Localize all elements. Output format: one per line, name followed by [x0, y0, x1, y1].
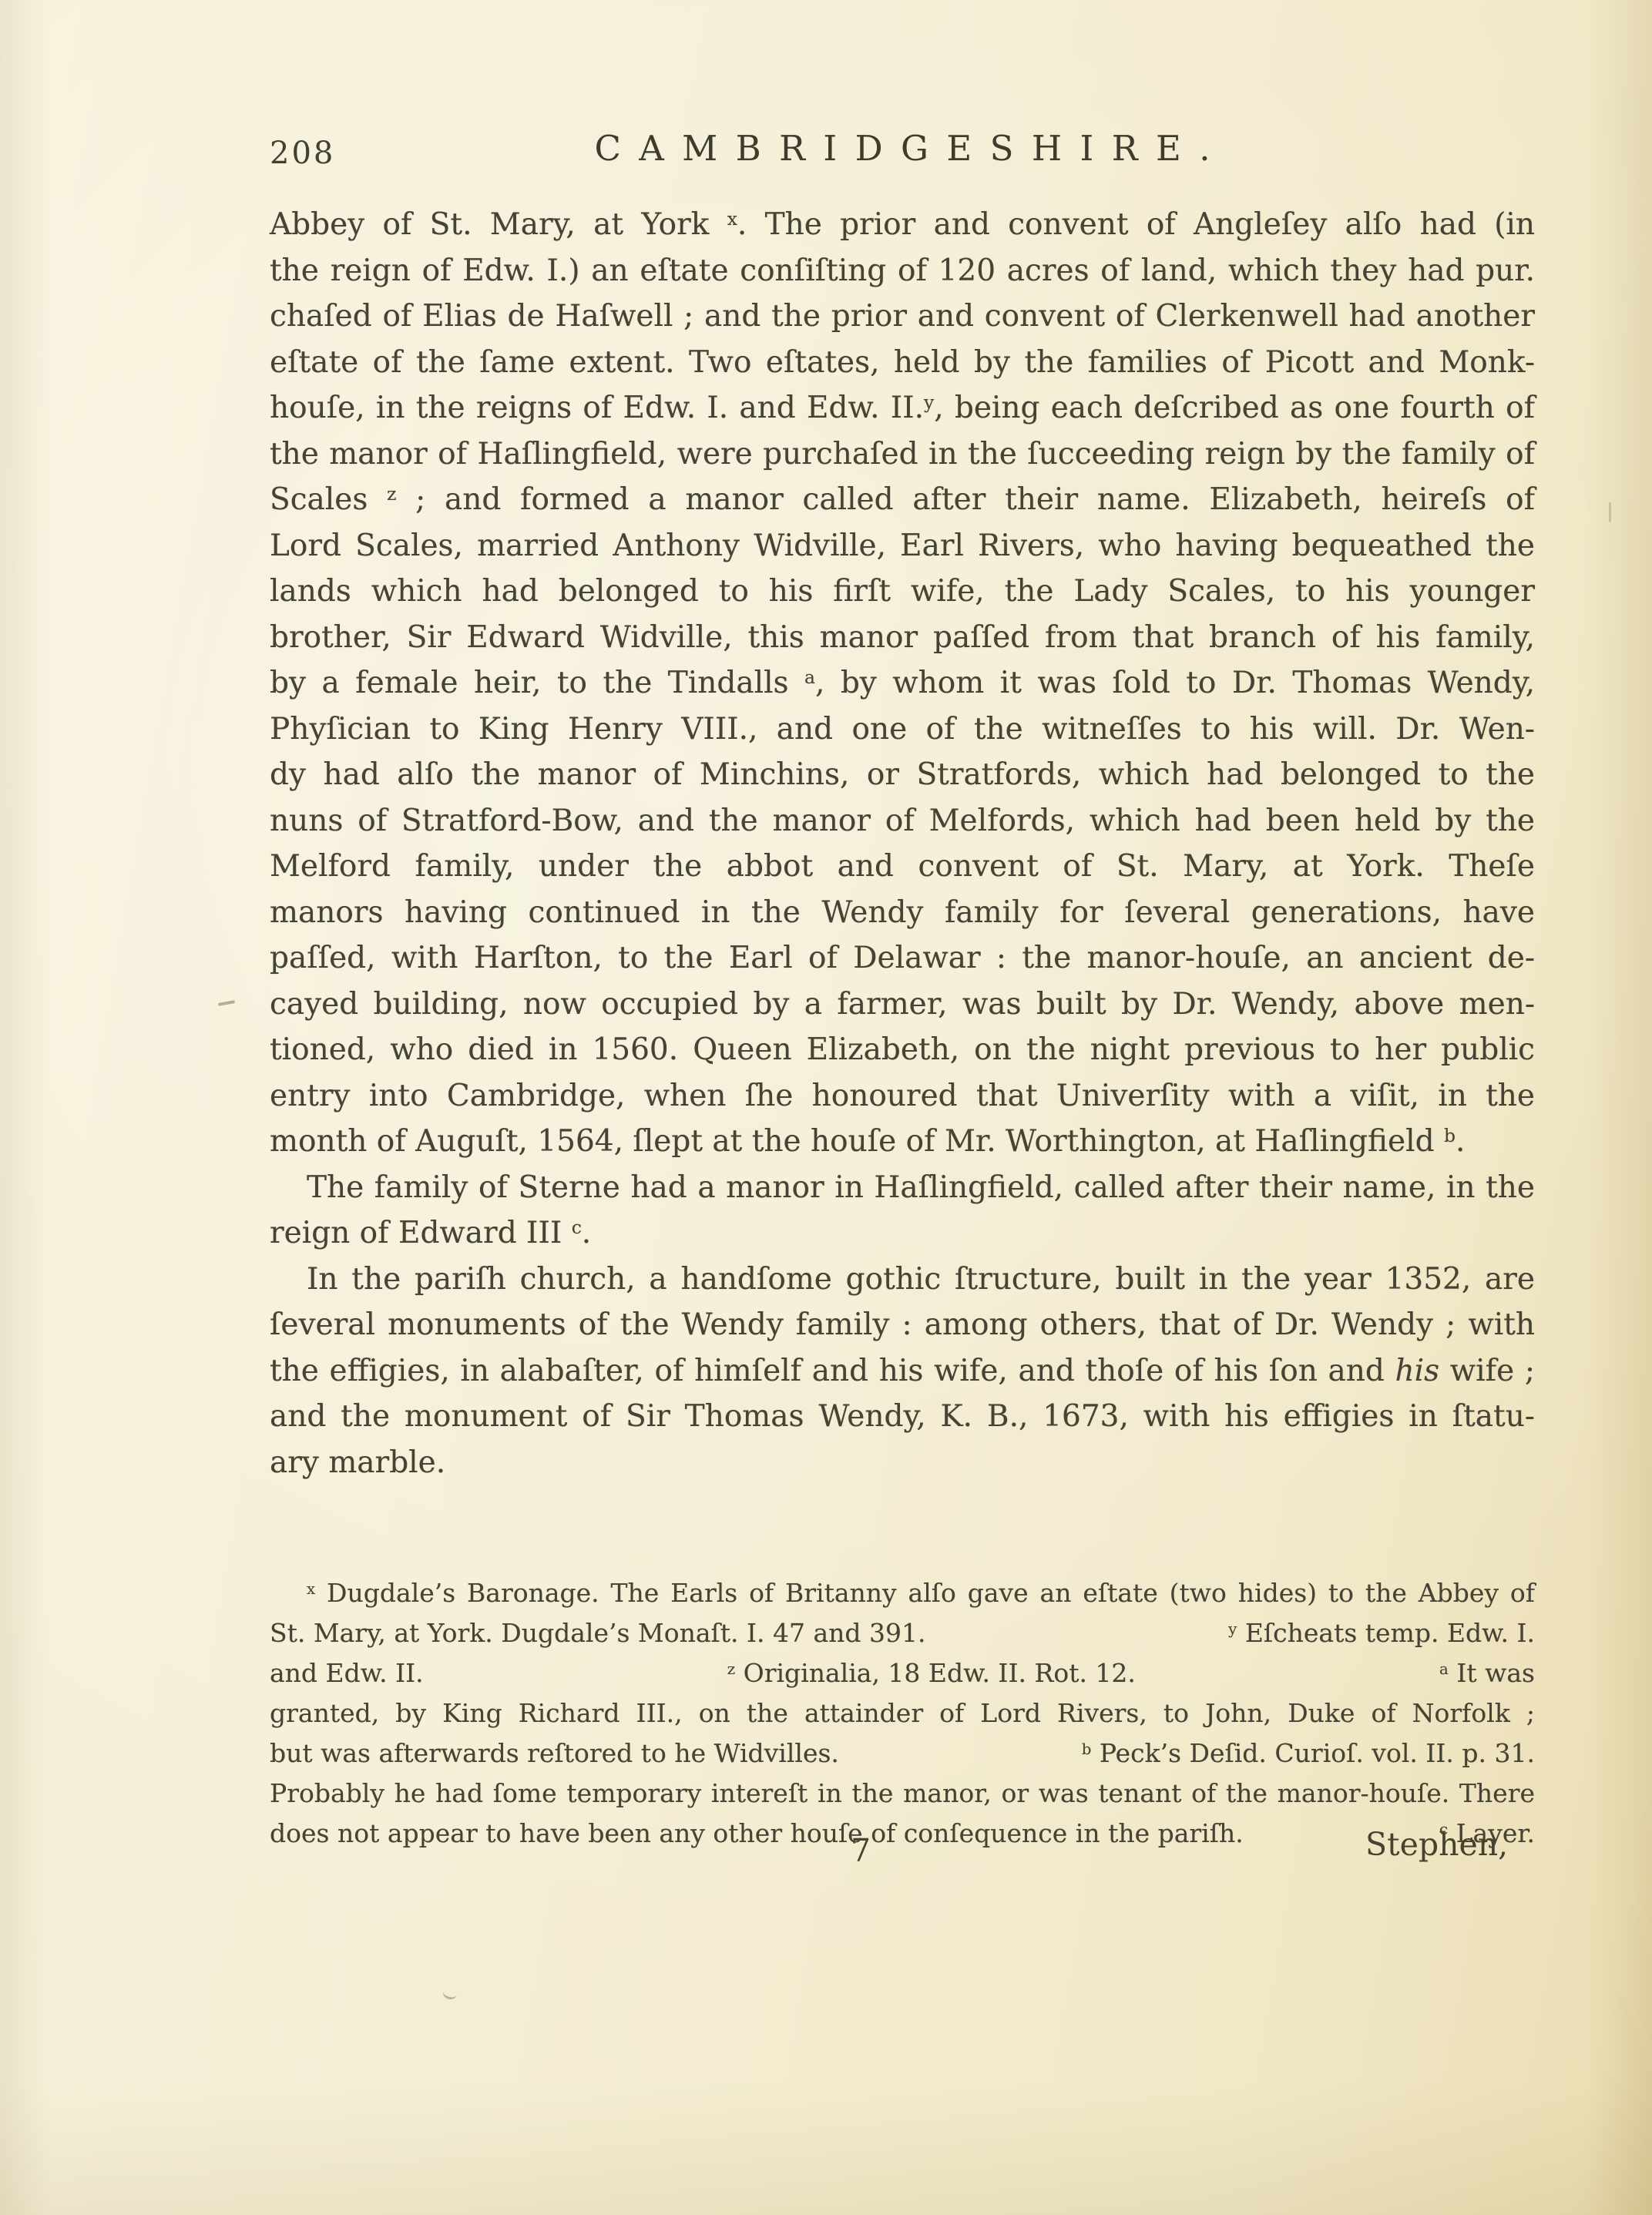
text-line: ary marble.	[270, 1440, 1535, 1486]
page-header: 208 CAMBRIDGESHIRE.	[270, 128, 1535, 182]
footnote-block: x Dugdale’s Baronage. The Earls of Brita…	[270, 1573, 1535, 1854]
text-line: by a female heir, to the Tindalls a, by …	[270, 660, 1535, 706]
text-segment: but was afterwards reſtored to he Widvil…	[270, 1733, 839, 1774]
text-line: granted, by King Richard III., on the at…	[270, 1693, 1535, 1733]
paper-speck	[218, 1000, 235, 1006]
catchword: Stephen,	[1365, 1826, 1508, 1863]
signature-mark: 7	[851, 1832, 871, 1869]
text-line: does not appear to have been any other h…	[270, 1814, 1535, 1854]
text-line: and Edw. II.z Originalia, 18 Edw. II. Ro…	[270, 1653, 1535, 1693]
text-line: the effigies, in alabaſter, of himſelf a…	[270, 1348, 1535, 1394]
book-page: 208 CAMBRIDGESHIRE. Abbey of St. Mary, a…	[0, 0, 1652, 2215]
text-line: but was afterwards reſtored to he Widvil…	[270, 1733, 1535, 1774]
running-title: CAMBRIDGESHIRE.	[270, 128, 1535, 169]
text-line: month of Auguſt, 1564, ſlept at the houſ…	[270, 1119, 1535, 1165]
text-segment: St. Mary, at York. Dugdale’s Monaſt. I. …	[270, 1613, 925, 1653]
paper-speck	[442, 1986, 458, 2001]
text-line: the manor of Haſlingfield, were purchaſe…	[270, 431, 1535, 478]
text-segment: does not appear to have been any other h…	[270, 1814, 1244, 1854]
text-segment: z Originalia, 18 Edw. II. Rot. 12.	[727, 1653, 1136, 1693]
text-segment: b Peck’s Deſid. Curioſ. vol. II. p. 31.	[1082, 1733, 1535, 1774]
text-line: entry into Cambridge, when ſhe honoured …	[270, 1073, 1535, 1119]
text-line: houſe, in the reigns of Edw. I. and Edw.…	[270, 385, 1535, 431]
paper-speck	[1609, 502, 1611, 522]
text-line: manors having continued in the Wendy fam…	[270, 890, 1535, 936]
text-line: St. Mary, at York. Dugdale’s Monaſt. I. …	[270, 1613, 1535, 1653]
text-line: Abbey of St. Mary, at York x. The prior …	[270, 202, 1535, 248]
text-line: paſſed, with Harſton, to the Earl of Del…	[270, 935, 1535, 982]
text-line: chaſed of Elias de Haſwell ; and the pri…	[270, 294, 1535, 340]
text-segment: a It was	[1439, 1653, 1535, 1693]
text-line: Melford family, under the abbot and conv…	[270, 844, 1535, 890]
text-line: Lord Scales, married Anthony Widville, E…	[270, 523, 1535, 569]
text-line: eſtate of the ſame extent. Two eſtates, …	[270, 340, 1535, 386]
text-line: reign of Edward III c.	[270, 1210, 1535, 1257]
text-line: tioned, who died in 1560. Queen Elizabet…	[270, 1027, 1535, 1073]
text-line: In the pariſh church, a handſome gothic …	[270, 1257, 1535, 1303]
text-line: The family of Sterne had a manor in Haſl…	[270, 1165, 1535, 1211]
text-line: Probably he had ſome temporary intereſt …	[270, 1774, 1535, 1814]
text-line: ſeveral monuments of the Wendy family : …	[270, 1302, 1535, 1348]
text-line: the reign of Edw. I.) an eſtate conſiſti…	[270, 248, 1535, 294]
text-segment: and Edw. II.	[270, 1653, 424, 1693]
text-line: cayed building, now occupied by a farmer…	[270, 982, 1535, 1028]
text-line: lands which had belonged to his firſt wi…	[270, 569, 1535, 615]
text-line: brother, Sir Edward Widville, this manor…	[270, 615, 1535, 661]
text-line: Scales z ; and formed a manor called aft…	[270, 477, 1535, 523]
text-line: x Dugdale’s Baronage. The Earls of Brita…	[270, 1573, 1535, 1613]
text-line: dy had alſo the manor of Minchins, or St…	[270, 752, 1535, 798]
text-line: and the monument of Sir Thomas Wendy, K.…	[270, 1394, 1535, 1440]
text-segment: y Eſcheats temp. Edw. I.	[1228, 1613, 1535, 1653]
text-line: nuns of Stratford-Bow, and the manor of …	[270, 798, 1535, 844]
text-line: Phyſician to King Henry VIII., and one o…	[270, 706, 1535, 753]
body-text-block: Abbey of St. Mary, at York x. The prior …	[270, 202, 1535, 1485]
